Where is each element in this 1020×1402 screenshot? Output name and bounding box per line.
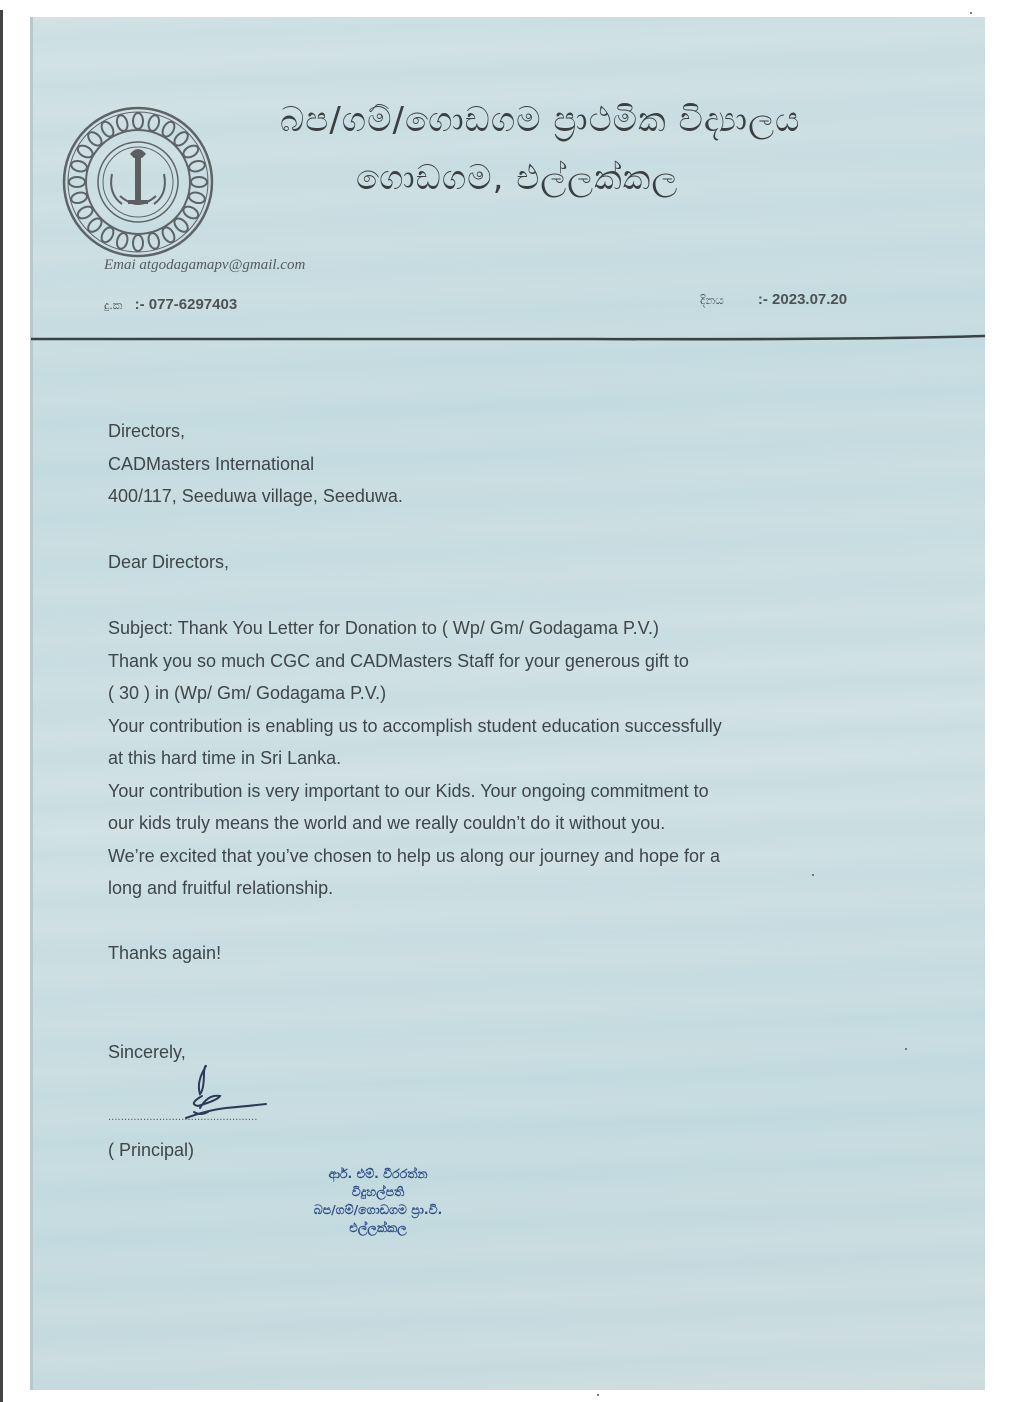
phone-separator: :-: [135, 296, 145, 313]
scan-speck: [970, 12, 972, 14]
scan-speck: [812, 874, 814, 876]
body-line: at this hard time in Sri Lanka.: [108, 742, 722, 775]
signatory-title: ( Principal): [108, 1134, 194, 1167]
letterhead-divider: [31, 334, 985, 342]
closing-thanks: Thanks again!: [108, 937, 221, 970]
date-separator: :-: [758, 291, 768, 308]
date-value: 2023.07.20: [772, 291, 847, 308]
recipient-line: 400/117, Seeduwa village, Seeduwa.: [108, 480, 403, 513]
body-line: Thank you so much CGC and CADMasters Sta…: [108, 645, 722, 678]
school-location-heading: ගොඩගම, එල්ලක්කල: [356, 158, 678, 198]
phone-number: 077-6297403: [149, 296, 237, 313]
principal-stamp: ආර්. එම්. වීරරත්න විදුහල්පති බප/ගම්/ගොඩග…: [278, 1165, 478, 1237]
body-line: long and fruitful relationship.: [108, 872, 722, 905]
stamp-line: එල්ලක්කල: [278, 1219, 478, 1237]
email-line: Emai atgodagamapv@gmail.com: [104, 257, 305, 274]
body-line: ( 30 ) in (Wp/ Gm/ Godagama P.V.): [108, 677, 722, 710]
date-line: දිනය :- 2023.07.20: [700, 291, 847, 308]
body-line: We’re excited that you’ve chosen to help…: [108, 840, 722, 873]
subject-line: Subject: Thank You Letter for Donation t…: [108, 612, 722, 645]
school-name-heading: බප/ගම්/ගොඩගම ප්‍රාථමික විද්‍යාලය: [280, 100, 801, 140]
signature-line: ........................................…: [108, 1112, 257, 1123]
body-line: our kids truly means the world and we re…: [108, 807, 722, 840]
salutation: Dear Directors,: [108, 546, 229, 579]
stamp-line: බප/ගම්/ගොඩගම ප්‍රා.වි.: [278, 1201, 478, 1219]
scan-edge-mark: [0, 10, 3, 1402]
recipient-line: Directors,: [108, 415, 403, 448]
scan-speck: [905, 1048, 907, 1050]
stamp-line: ආර්. එම්. වීරරත්න: [278, 1165, 478, 1183]
body-line: Your contribution is enabling us to acco…: [108, 710, 722, 743]
body-line: Your contribution is very important to o…: [108, 775, 722, 808]
recipient-address: Directors, CADMasters International 400/…: [108, 415, 403, 513]
school-crest-seal-icon: [60, 104, 216, 260]
email-label: Emai: [104, 257, 136, 273]
phone-label: දු.ක: [104, 298, 122, 312]
date-label: දිනය: [700, 293, 724, 307]
phone-line: දු.ක :- 077-6297403: [104, 296, 237, 313]
email-address: atgodagamapv@gmail.com: [139, 257, 305, 273]
recipient-line: CADMasters International: [108, 448, 403, 481]
scan-speck: [597, 1394, 599, 1396]
letter-body: Subject: Thank You Letter for Donation t…: [108, 612, 722, 905]
stamp-line: විදුහල්පති: [278, 1183, 478, 1201]
